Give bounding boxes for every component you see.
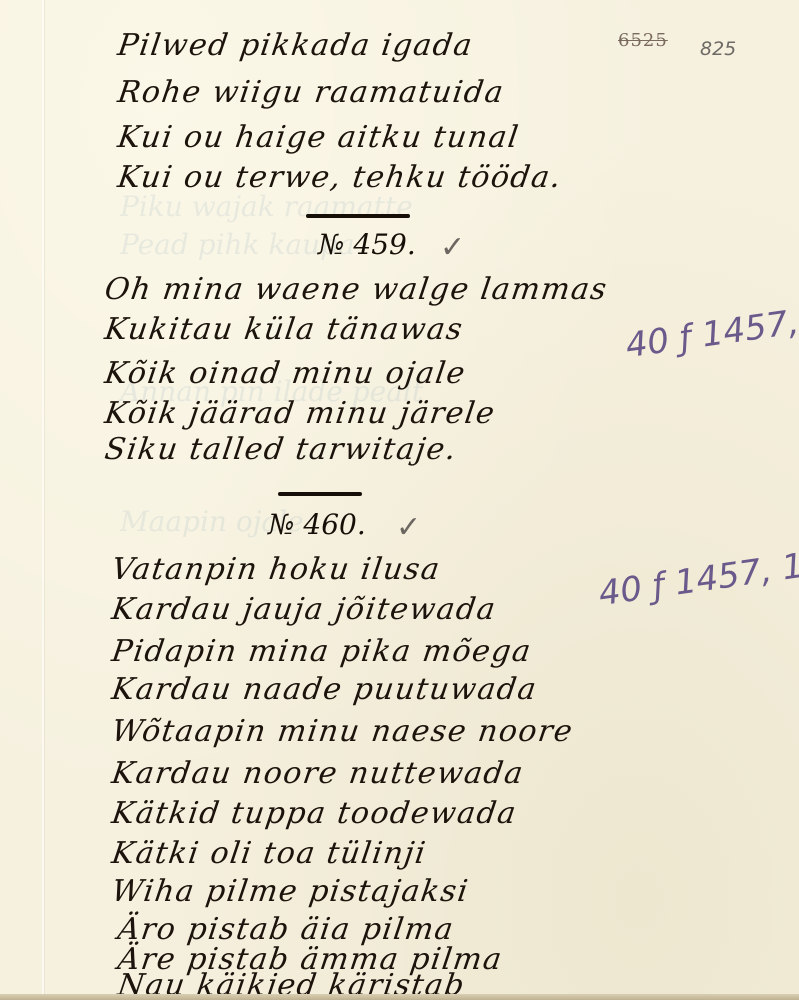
verse-line: Kõik oinad minu ojale bbox=[103, 356, 469, 391]
verse-line: Kui ou terwe, tehku tööda. bbox=[116, 160, 565, 195]
verse-line: Kukitau küla tänawas bbox=[103, 312, 466, 347]
archive-number-struck: 6525 bbox=[618, 30, 668, 51]
section-divider bbox=[278, 492, 362, 496]
check-mark-icon: ✓ bbox=[440, 230, 465, 265]
check-mark-icon: ✓ bbox=[396, 510, 421, 545]
verse-line: Vatanpin hoku ilusa bbox=[110, 552, 443, 587]
verse-line: Wiha pilme pistajaksi bbox=[110, 874, 472, 909]
archive-number: 825 bbox=[700, 38, 736, 60]
verse-line: Kardau naade puutuwada bbox=[110, 672, 540, 707]
verse-line: Kardau noore nuttewada bbox=[110, 756, 527, 791]
verse-line: Kätkid tuppa toodewada bbox=[110, 796, 520, 831]
verse-line: Siku talled tarwitaje. bbox=[103, 432, 460, 467]
verse-line: Kardau jauja jõitewada bbox=[110, 592, 499, 627]
manuscript-page: Piku wajak raamatte Pead pihk kaupa Anna… bbox=[0, 0, 799, 1000]
poem-number-heading: № 459. bbox=[318, 228, 416, 261]
verse-line: Oh mina waene walge lammas bbox=[103, 272, 610, 307]
verse-line: Kätki oli toa tülinji bbox=[110, 836, 429, 871]
verse-line: Pidapin mina pika mõega bbox=[110, 634, 534, 669]
verse-line: Kõik jäärad minu järele bbox=[103, 396, 498, 431]
section-divider bbox=[306, 214, 410, 218]
poem-number-heading: № 460. bbox=[268, 508, 366, 541]
verse-line: Rohe wiigu raamatuida bbox=[116, 75, 507, 110]
pencil-margin-note: 40 ƒ 1457, 1 bbox=[623, 298, 799, 366]
page-bottom-edge bbox=[0, 994, 799, 1000]
pencil-margin-note: 40 ƒ 1457, 1 bbox=[596, 546, 799, 614]
verse-line: Kui ou haige aitku tunal bbox=[116, 120, 522, 155]
page-fold-line bbox=[42, 0, 44, 1000]
verse-line: Pilwed pikkada igada bbox=[116, 28, 476, 63]
verse-line: Wõtaapin minu naese noore bbox=[110, 714, 576, 749]
